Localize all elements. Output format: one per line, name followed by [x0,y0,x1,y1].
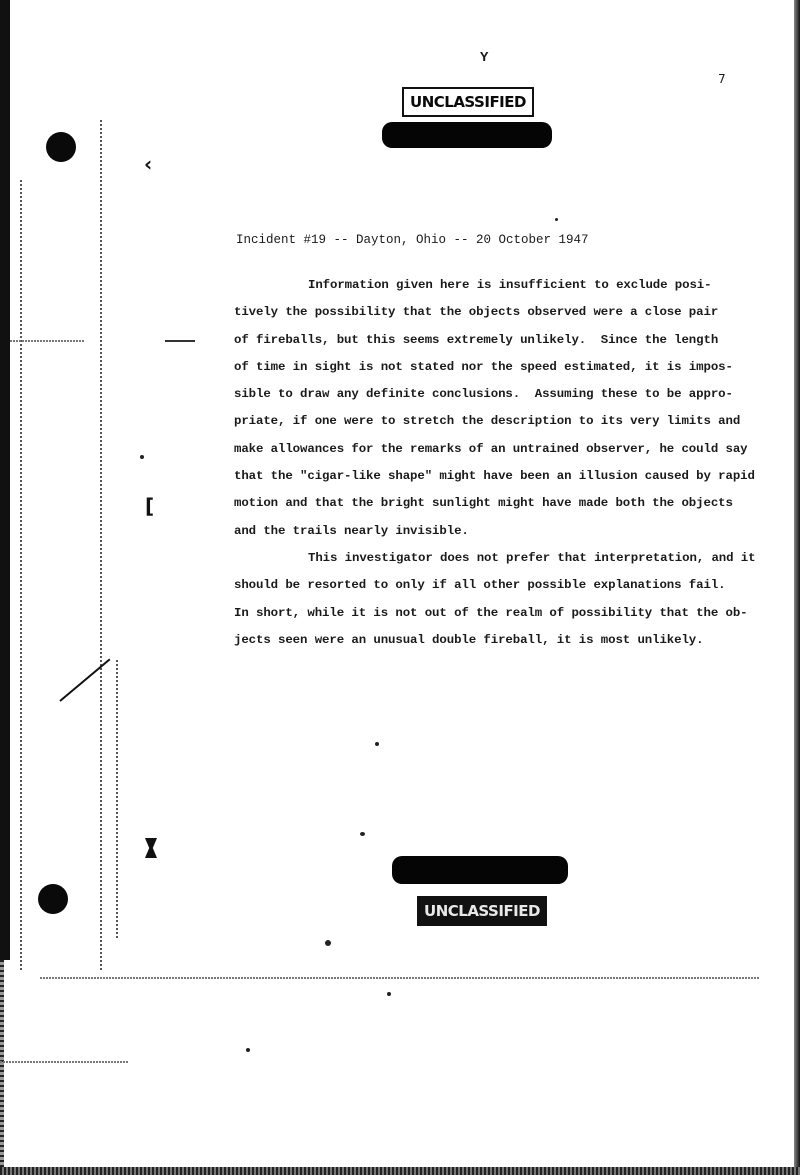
punch-hole-top [46,132,76,162]
scan-speckle [375,742,379,746]
binder-clip-mark [145,838,157,858]
binder-line [116,660,118,940]
text-line: of time in sight is not stated nor the s… [234,354,754,381]
document-page: ‹ [ Y 7 UNCLASSIFIED Incident #19 -- Day… [0,0,800,1175]
top-mark: Y [480,50,488,66]
scan-edge-left [0,0,10,960]
document-body: Information given here is insufficient t… [234,272,754,654]
scan-speckle [360,832,365,836]
bracket-mark: [ [145,494,154,518]
scan-speckle [140,455,144,459]
text-line: sible to draw any definite conclusions. … [234,381,754,408]
text-line: In short, while it is not out of the rea… [234,600,754,627]
text-line: of fireballs, but this seems extremely u… [234,327,754,354]
punch-hole-bottom [38,884,68,914]
classification-stamp-top: UNCLASSIFIED [402,87,534,117]
text-line: jects seen were an unusual double fireba… [234,627,754,654]
page-fold-line [40,977,760,979]
text-line: should be resorted to only if all other … [234,572,754,599]
page-corner-mark: 7 [718,72,726,86]
redaction-bar-top [382,122,552,148]
margin-mark [165,340,195,342]
bracket-mark: ‹ [144,152,152,176]
scan-speckle [387,992,391,996]
scan-speckle [325,940,331,946]
margin-mark [10,340,85,342]
text-line: make allowances for the remarks of an un… [234,436,754,463]
scan-speckle [246,1048,250,1052]
text-line: This investigator does not prefer that i… [234,545,754,572]
classification-stamp-bottom: UNCLASSIFIED [417,896,547,926]
scan-speckle [555,218,558,221]
text-line: motion and that the bright sunlight migh… [234,490,754,517]
pencil-mark [59,658,110,701]
page-fold-line [0,1061,128,1063]
text-line: that the "cigar-like shape" might have b… [234,463,754,490]
redaction-bar-bottom [392,856,568,884]
text-line: priate, if one were to stretch the descr… [234,408,754,435]
text-line: tively the possibility that the objects … [234,299,754,326]
scan-edge-bottom [0,1167,800,1175]
text-line: Information given here is insufficient t… [234,272,754,299]
incident-heading: Incident #19 -- Dayton, Ohio -- 20 Octob… [236,233,589,247]
scan-edge-right [794,0,800,1175]
binder-line [100,120,102,970]
binder-line [20,180,22,970]
scan-edge-left-lower [0,960,4,1175]
text-line: and the trails nearly invisible. [234,518,754,545]
